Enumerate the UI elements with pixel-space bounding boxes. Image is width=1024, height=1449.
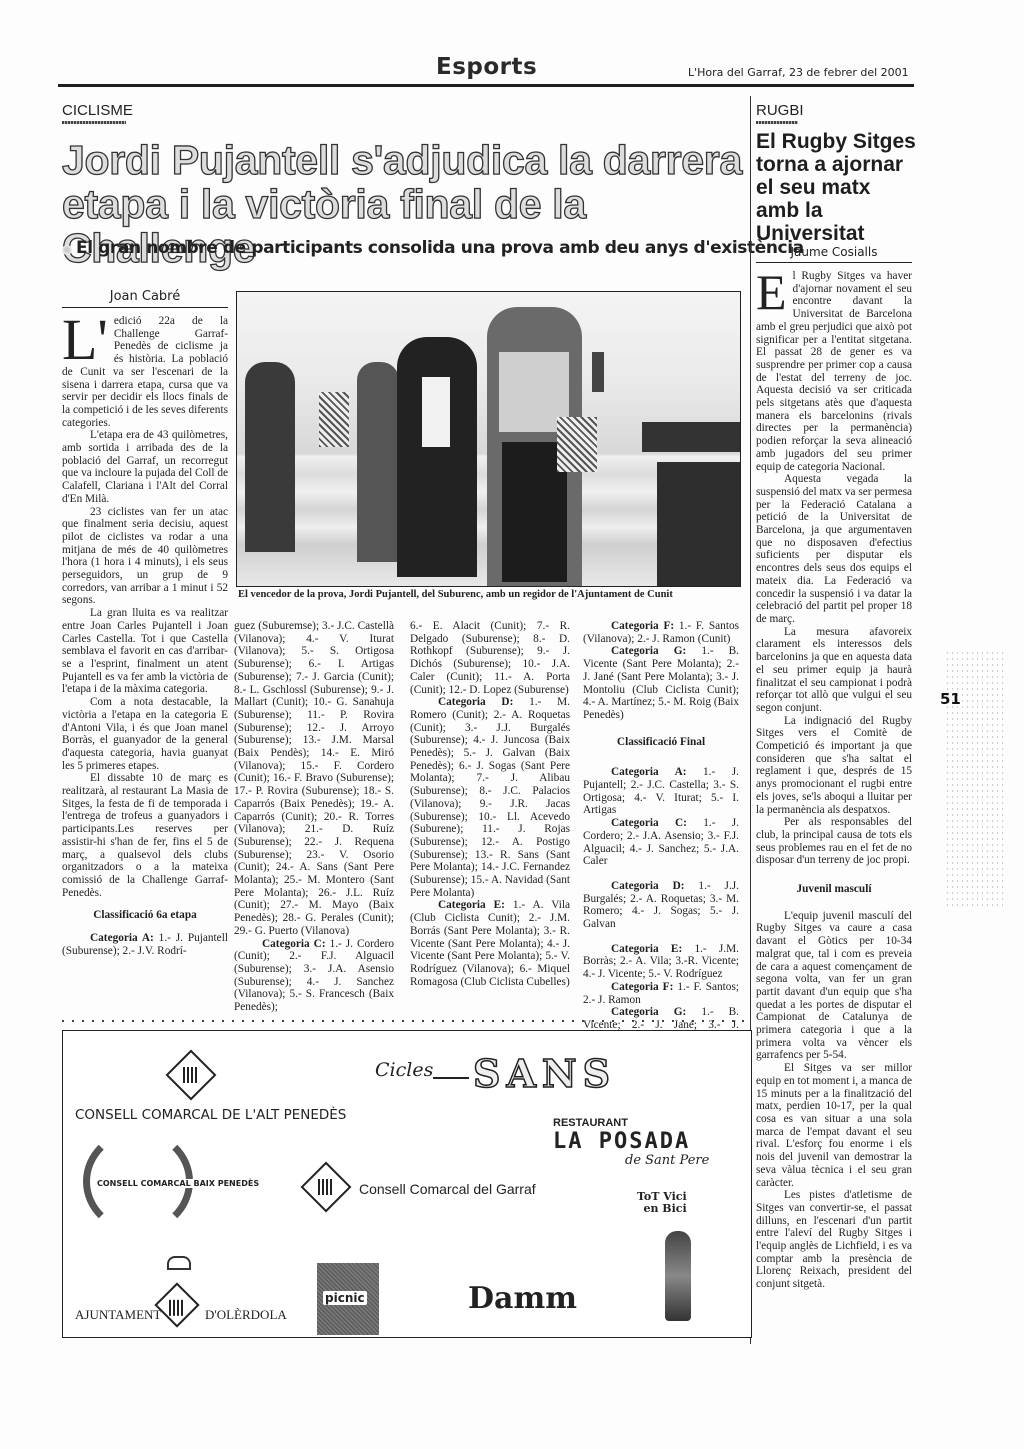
category-results: 1.- M. Romero (Cunit); 2.- A. Roquetas (…	[410, 696, 570, 899]
category-label: Categoria G:	[611, 1006, 686, 1018]
category-label: Categoria D:	[438, 696, 513, 708]
official-figure	[397, 337, 477, 577]
paragraph: L'etapa era de 43 quilòmetres, amb sorti…	[62, 429, 228, 505]
category-label: Categoria C:	[611, 817, 687, 829]
category-label: Categoria C:	[262, 938, 326, 950]
category-results: 6.- E. Alacit (Cunit); 7.- R. Delgado (S…	[410, 620, 570, 696]
sponsor-alt-penedes: CONSELL COMARCAL DE L'ALT PENEDÈS	[75, 1107, 346, 1123]
sponsor-restaurant-name: LA POSADA	[553, 1129, 690, 1154]
winner-photo	[236, 291, 741, 587]
garraf-emblem-icon	[301, 1162, 352, 1213]
paragraph: La indignació del Rugby Sitges vers el C…	[756, 715, 912, 817]
category-label: Categoria G:	[611, 645, 686, 657]
page-number: 51	[940, 690, 961, 708]
sponsor-tot-vici: ToT Vici en Bici	[637, 1191, 687, 1215]
category-label: Categoria F:	[611, 620, 674, 632]
dotted-separator	[62, 1020, 752, 1022]
category-results: guez (Suburemse); 3.- J.C. Castellà (Vil…	[234, 620, 394, 938]
paragraph: El dissabte 10 de març es realitzarà, al…	[62, 772, 228, 899]
paragraph: 23 ciclistes van fer un atac que finalme…	[62, 506, 228, 608]
category-label: Categoria E:	[438, 899, 505, 911]
paragraph: La gran lluita es va realitzar entre Joa…	[62, 607, 228, 696]
sponsor-cicles-brand: SANS	[473, 1051, 616, 1096]
kicker-underline	[756, 121, 798, 124]
crowd	[657, 462, 741, 587]
paragraph: Les pistes d'atletisme de Sitges van con…	[756, 1189, 912, 1291]
category-label: Categoria D:	[611, 880, 685, 892]
final-results-heading: Classificació Final	[583, 736, 739, 749]
rugby-kicker: RUGBI	[756, 102, 804, 119]
juvenile-heading: Juvenil masculí	[756, 883, 912, 896]
sponsor-garraf: Consell Comarcal del Garraf	[359, 1181, 536, 1197]
header-rule	[58, 84, 914, 87]
byline-rule	[756, 262, 912, 263]
paragraph: Com a nota destacable, la victòria a l'e…	[62, 696, 228, 772]
cycling-subhead: El gran nombre de participants consolida…	[76, 238, 804, 258]
paragraph: L'equip juvenil masculí del Rugby Sitges…	[756, 910, 912, 1062]
category-label: Categoria F:	[611, 981, 673, 993]
kicker-underline	[62, 121, 126, 124]
sponsor-baix-penedes: CONSELL COMARCAL BAIX PENEDÈS	[97, 1179, 259, 1188]
paragraph: Aquesta vegada la suspensió del matx va …	[756, 473, 912, 625]
cyclist-icon	[665, 1231, 691, 1321]
cycling-column-4: Categoria F: 1.- F. Santos (Vilanova); 2…	[583, 620, 739, 1044]
cycling-column-2: guez (Suburemse); 3.- J.C. Castellà (Vil…	[234, 620, 394, 1014]
section-title: Esports	[436, 54, 537, 80]
picnic-logo: picnic	[317, 1263, 379, 1335]
window	[319, 392, 349, 447]
dropcap: L'	[62, 317, 108, 363]
cycling-kicker: CICLISME	[62, 102, 133, 119]
sponsors-box: CONSELL COMARCAL DE L'ALT PENEDÈS Cicles…	[62, 1030, 752, 1338]
sponsor-damm: Damm	[468, 1281, 577, 1316]
stage-results-heading: Classificació 6a etapa	[62, 909, 228, 922]
sponsor-restaurant-label: RESTAURANT	[553, 1117, 628, 1129]
paragraph: Per als responsables del club, la princi…	[756, 816, 912, 867]
cycling-column-3: 6.- E. Alacit (Cunit); 7.- R. Delgado (S…	[410, 620, 570, 988]
window	[557, 417, 597, 472]
trophy-icon	[592, 352, 604, 392]
margin-noise	[945, 650, 1005, 910]
rugby-headline: El Rugby Sitges torna a ajornar el seu m…	[756, 130, 916, 245]
category-results: 1.- A. Vila (Club Ciclista Cunit); 2.- J…	[410, 899, 570, 987]
paragraph: El Sitges va ser millor equip en tot mom…	[756, 1062, 912, 1189]
rugby-byline: Jaume Cosialls	[756, 245, 912, 259]
rugby-column: El Rugby Sitges va haver d'ajornar novam…	[756, 270, 912, 1291]
sponsor-olerdola-right: D'OLÈRDOLA	[205, 1307, 287, 1323]
headline-line-1: Jordi Pujantell s'adjudica la darrera	[62, 138, 742, 182]
crown-icon	[167, 1256, 191, 1270]
publication-date: L'Hora del Garraf, 23 de febrer del 2001	[688, 66, 909, 79]
photo-caption: El vencedor de la prova, Jordi Pujantell…	[238, 589, 673, 600]
picnic-label: picnic	[323, 1291, 367, 1305]
dropcap: E	[756, 272, 787, 312]
sponsor-restaurant-sub: de Sant Pere	[625, 1153, 709, 1168]
tot-vici-line-2: en Bici	[637, 1203, 687, 1215]
cycling-byline: Joan Cabré	[62, 289, 228, 304]
alt-penedes-emblem-icon	[166, 1050, 217, 1101]
shop-sign	[642, 422, 741, 452]
shirt	[422, 377, 450, 447]
sponsor-cicles-script: Cicles	[375, 1059, 433, 1081]
woman-figure	[357, 362, 399, 562]
sponsor-olerdola-left: AJUNTAMENT	[75, 1307, 161, 1323]
script-underline	[433, 1077, 469, 1079]
category-label: Categoria A:	[90, 932, 154, 944]
category-label: Categoria A:	[611, 766, 687, 778]
category-label: Categoria E:	[611, 943, 682, 955]
bullet-icon	[62, 245, 72, 255]
spectator-figure	[245, 362, 295, 552]
paragraph: La mesura afavoreix clarament els intere…	[756, 626, 912, 715]
cycling-column-1: L'edició 22a de la Challenge Garraf-Pene…	[62, 315, 228, 957]
